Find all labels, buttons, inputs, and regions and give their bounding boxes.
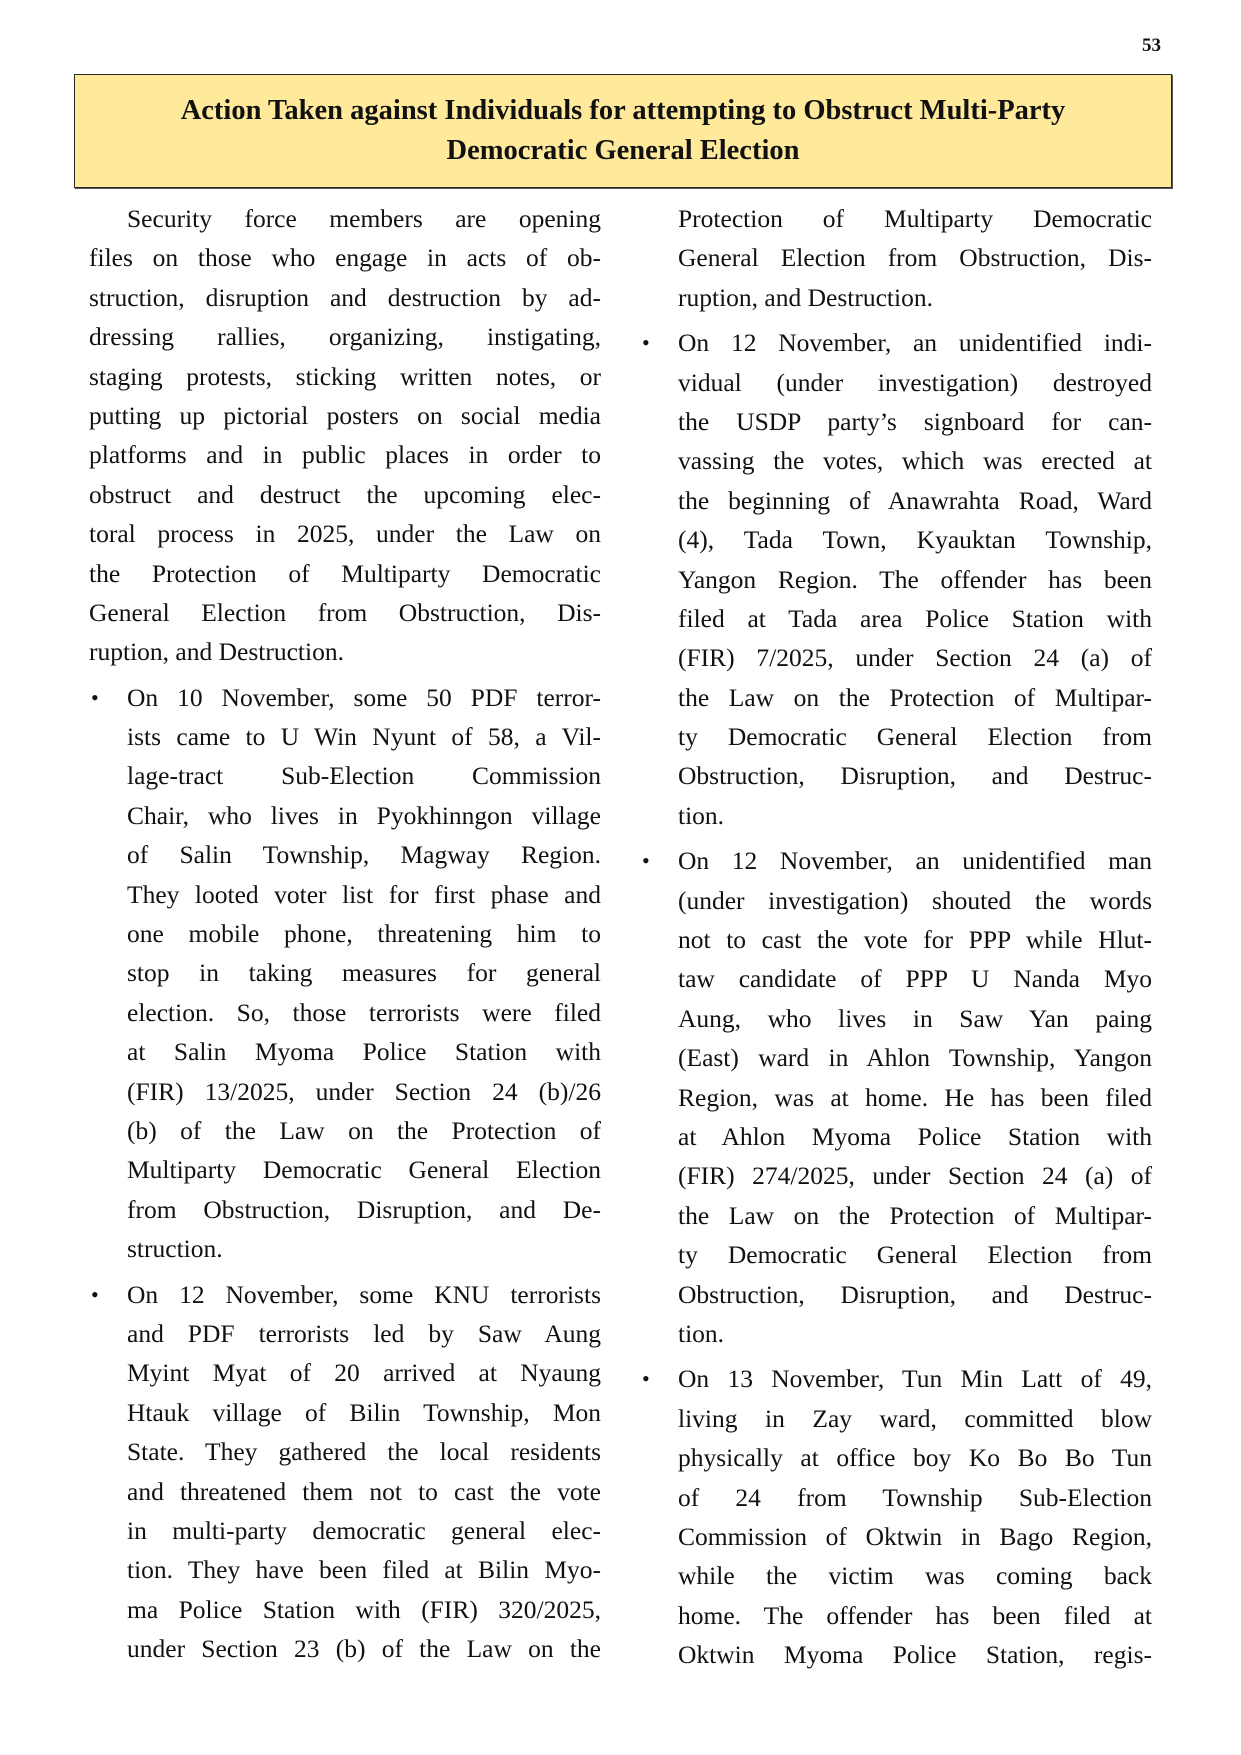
text-line: Oktwin Myoma Police Station, regis- (678, 1635, 1152, 1674)
text-line: They looted voter list for first phase a… (127, 875, 601, 914)
text-line: (4), Tada Town, Kyauktan Township, (678, 520, 1152, 559)
text-line: Commission of Oktwin in Bago Region, (678, 1517, 1152, 1556)
text-line: the Law on the Protection of Multipar- (678, 678, 1152, 717)
bullet-item-12-november-ppp: • On 12 November, an unidentified man (u… (590, 841, 1152, 1353)
page-number: 53 (1142, 35, 1161, 57)
bullet-icon: • (91, 678, 99, 717)
text-line: Security force members are opening (89, 199, 601, 238)
text-line: General Election from Obstruction, Dis- (89, 593, 601, 632)
text-line: On 12 November, an unidentified indi- (678, 323, 1152, 362)
text-line: vassing the votes, which was erected at (678, 441, 1152, 480)
text-line: General Election from Obstruction, Dis- (678, 238, 1152, 277)
text-line: (under investigation) shouted the words (678, 881, 1152, 920)
right-column: Protection of Multiparty Democratic Gene… (590, 199, 1152, 1674)
text-line: (FIR) 274/2025, under Section 24 (a) of (678, 1156, 1152, 1195)
text-line: taw candidate of PPP U Nanda Myo (678, 959, 1152, 998)
intro-paragraph: Security force members are opening files… (89, 199, 601, 672)
text-line: not to cast the vote for PPP while Hlut- (678, 920, 1152, 959)
bullet-icon: • (91, 1275, 99, 1314)
bullet-item-13-november: • On 13 November, Tun Min Latt of 49, li… (590, 1359, 1152, 1674)
text-line: filed at Tada area Police Station with (678, 599, 1152, 638)
text-line: ty Democratic General Election from (678, 1235, 1152, 1274)
bullet-icon: • (642, 323, 650, 362)
text-line: Chair, who lives in Pyokhinngon village (127, 796, 601, 835)
text-line: the USDP party’s signboard for can- (678, 402, 1152, 441)
bullet-item-12-november-usdp: • On 12 November, an unidentified indi- … (590, 323, 1152, 835)
text-line: obstruct and destruct the upcoming elec- (89, 475, 601, 514)
section-title-line-1: Action Taken against Individuals for att… (181, 91, 1066, 131)
text-line: State. They gathered the local residents (127, 1432, 601, 1471)
text-line: ty Democratic General Election from (678, 717, 1152, 756)
text-line: (FIR) 13/2025, under Section 24 (b)/26 (127, 1072, 601, 1111)
text-line: tion. (678, 1314, 1152, 1353)
text-line: vidual (under investigation) destroyed (678, 363, 1152, 402)
text-line: one mobile phone, threatening him to (127, 914, 601, 953)
text-line: Obstruction, Disruption, and Destruc- (678, 1275, 1152, 1314)
text-line: staging protests, sticking written notes… (89, 357, 601, 396)
text-line: Myint Myat of 20 arrived at Nyaung (127, 1353, 601, 1392)
text-line: ma Police Station with (FIR) 320/2025, (127, 1590, 601, 1629)
text-line: On 13 November, Tun Min Latt of 49, (678, 1359, 1152, 1398)
text-line: Multiparty Democratic General Election (127, 1150, 601, 1189)
section-title-box: Action Taken against Individuals for att… (74, 74, 1172, 188)
text-line: On 12 November, some KNU terrorists (127, 1275, 601, 1314)
text-line: Region, was at home. He has been filed (678, 1078, 1152, 1117)
text-line: and threatened them not to cast the vote (127, 1472, 601, 1511)
text-line: Yangon Region. The offender has been (678, 560, 1152, 599)
text-line: living in Zay ward, committed blow (678, 1399, 1152, 1438)
text-line: (East) ward in Ahlon Township, Yangon (678, 1038, 1152, 1077)
text-line: Obstruction, Disruption, and Destruc- (678, 756, 1152, 795)
text-line: Aung, who lives in Saw Yan paing (678, 999, 1152, 1038)
text-line: Htauk village of Bilin Township, Mon (127, 1393, 601, 1432)
text-line: On 12 November, an unidentified man (678, 841, 1152, 880)
bullet-icon: • (642, 841, 650, 880)
text-line: toral process in 2025, under the Law on (89, 514, 601, 553)
text-line: in multi-party democratic general elec- (127, 1511, 601, 1550)
text-line: election. So, those terrorists were file… (127, 993, 601, 1032)
text-line: platforms and in public places in order … (89, 435, 601, 474)
text-line: ruption, and Destruction. (678, 278, 1152, 317)
text-line: the Law on the Protection of Multipar- (678, 1196, 1152, 1235)
bullet-icon: • (642, 1359, 650, 1398)
text-line: the Protection of Multiparty Democratic (89, 554, 601, 593)
text-line: under Section 23 (b) of the Law on the (127, 1629, 601, 1668)
text-line: of Salin Township, Magway Region. (127, 835, 601, 874)
text-line: Protection of Multiparty Democratic (678, 199, 1152, 238)
continued-paragraph: Protection of Multiparty Democratic Gene… (590, 199, 1152, 317)
text-line: (FIR) 7/2025, under Section 24 (a) of (678, 638, 1152, 677)
text-line: while the victim was coming back (678, 1556, 1152, 1595)
text-line: On 10 November, some 50 PDF terror- (127, 678, 601, 717)
text-line: (b) of the Law on the Protection of (127, 1111, 601, 1150)
left-column: Security force members are opening files… (89, 199, 601, 1668)
text-line: physically at office boy Ko Bo Bo Tun (678, 1438, 1152, 1477)
bullet-item-12-november-knu: • On 12 November, some KNU terrorists an… (89, 1275, 601, 1669)
text-line: dressing rallies, organizing, instigatin… (89, 317, 601, 356)
section-title-line-2: Democratic General Election (447, 131, 800, 171)
text-line: struction. (127, 1229, 601, 1268)
text-line: home. The offender has been filed at (678, 1596, 1152, 1635)
text-line: tion. They have been filed at Bilin Myo- (127, 1550, 601, 1589)
text-line: and PDF terrorists led by Saw Aung (127, 1314, 601, 1353)
text-line: struction, disruption and destruction by… (89, 278, 601, 317)
text-line: ists came to U Win Nyunt of 58, a Vil- (127, 717, 601, 756)
text-line: the beginning of Anawrahta Road, Ward (678, 481, 1152, 520)
text-line: of 24 from Township Sub-Election (678, 1478, 1152, 1517)
text-line: at Salin Myoma Police Station with (127, 1032, 601, 1071)
text-line: lage-tract Sub-Election Commission (127, 756, 601, 795)
text-line: at Ahlon Myoma Police Station with (678, 1117, 1152, 1156)
text-line: stop in taking measures for general (127, 953, 601, 992)
text-line: ruption, and Destruction. (89, 632, 601, 671)
text-line: files on those who engage in acts of ob- (89, 238, 601, 277)
text-line: putting up pictorial posters on social m… (89, 396, 601, 435)
bullet-item-10-november: • On 10 November, some 50 PDF terror- is… (89, 678, 601, 1269)
text-line: from Obstruction, Disruption, and De- (127, 1190, 601, 1229)
text-line: tion. (678, 796, 1152, 835)
